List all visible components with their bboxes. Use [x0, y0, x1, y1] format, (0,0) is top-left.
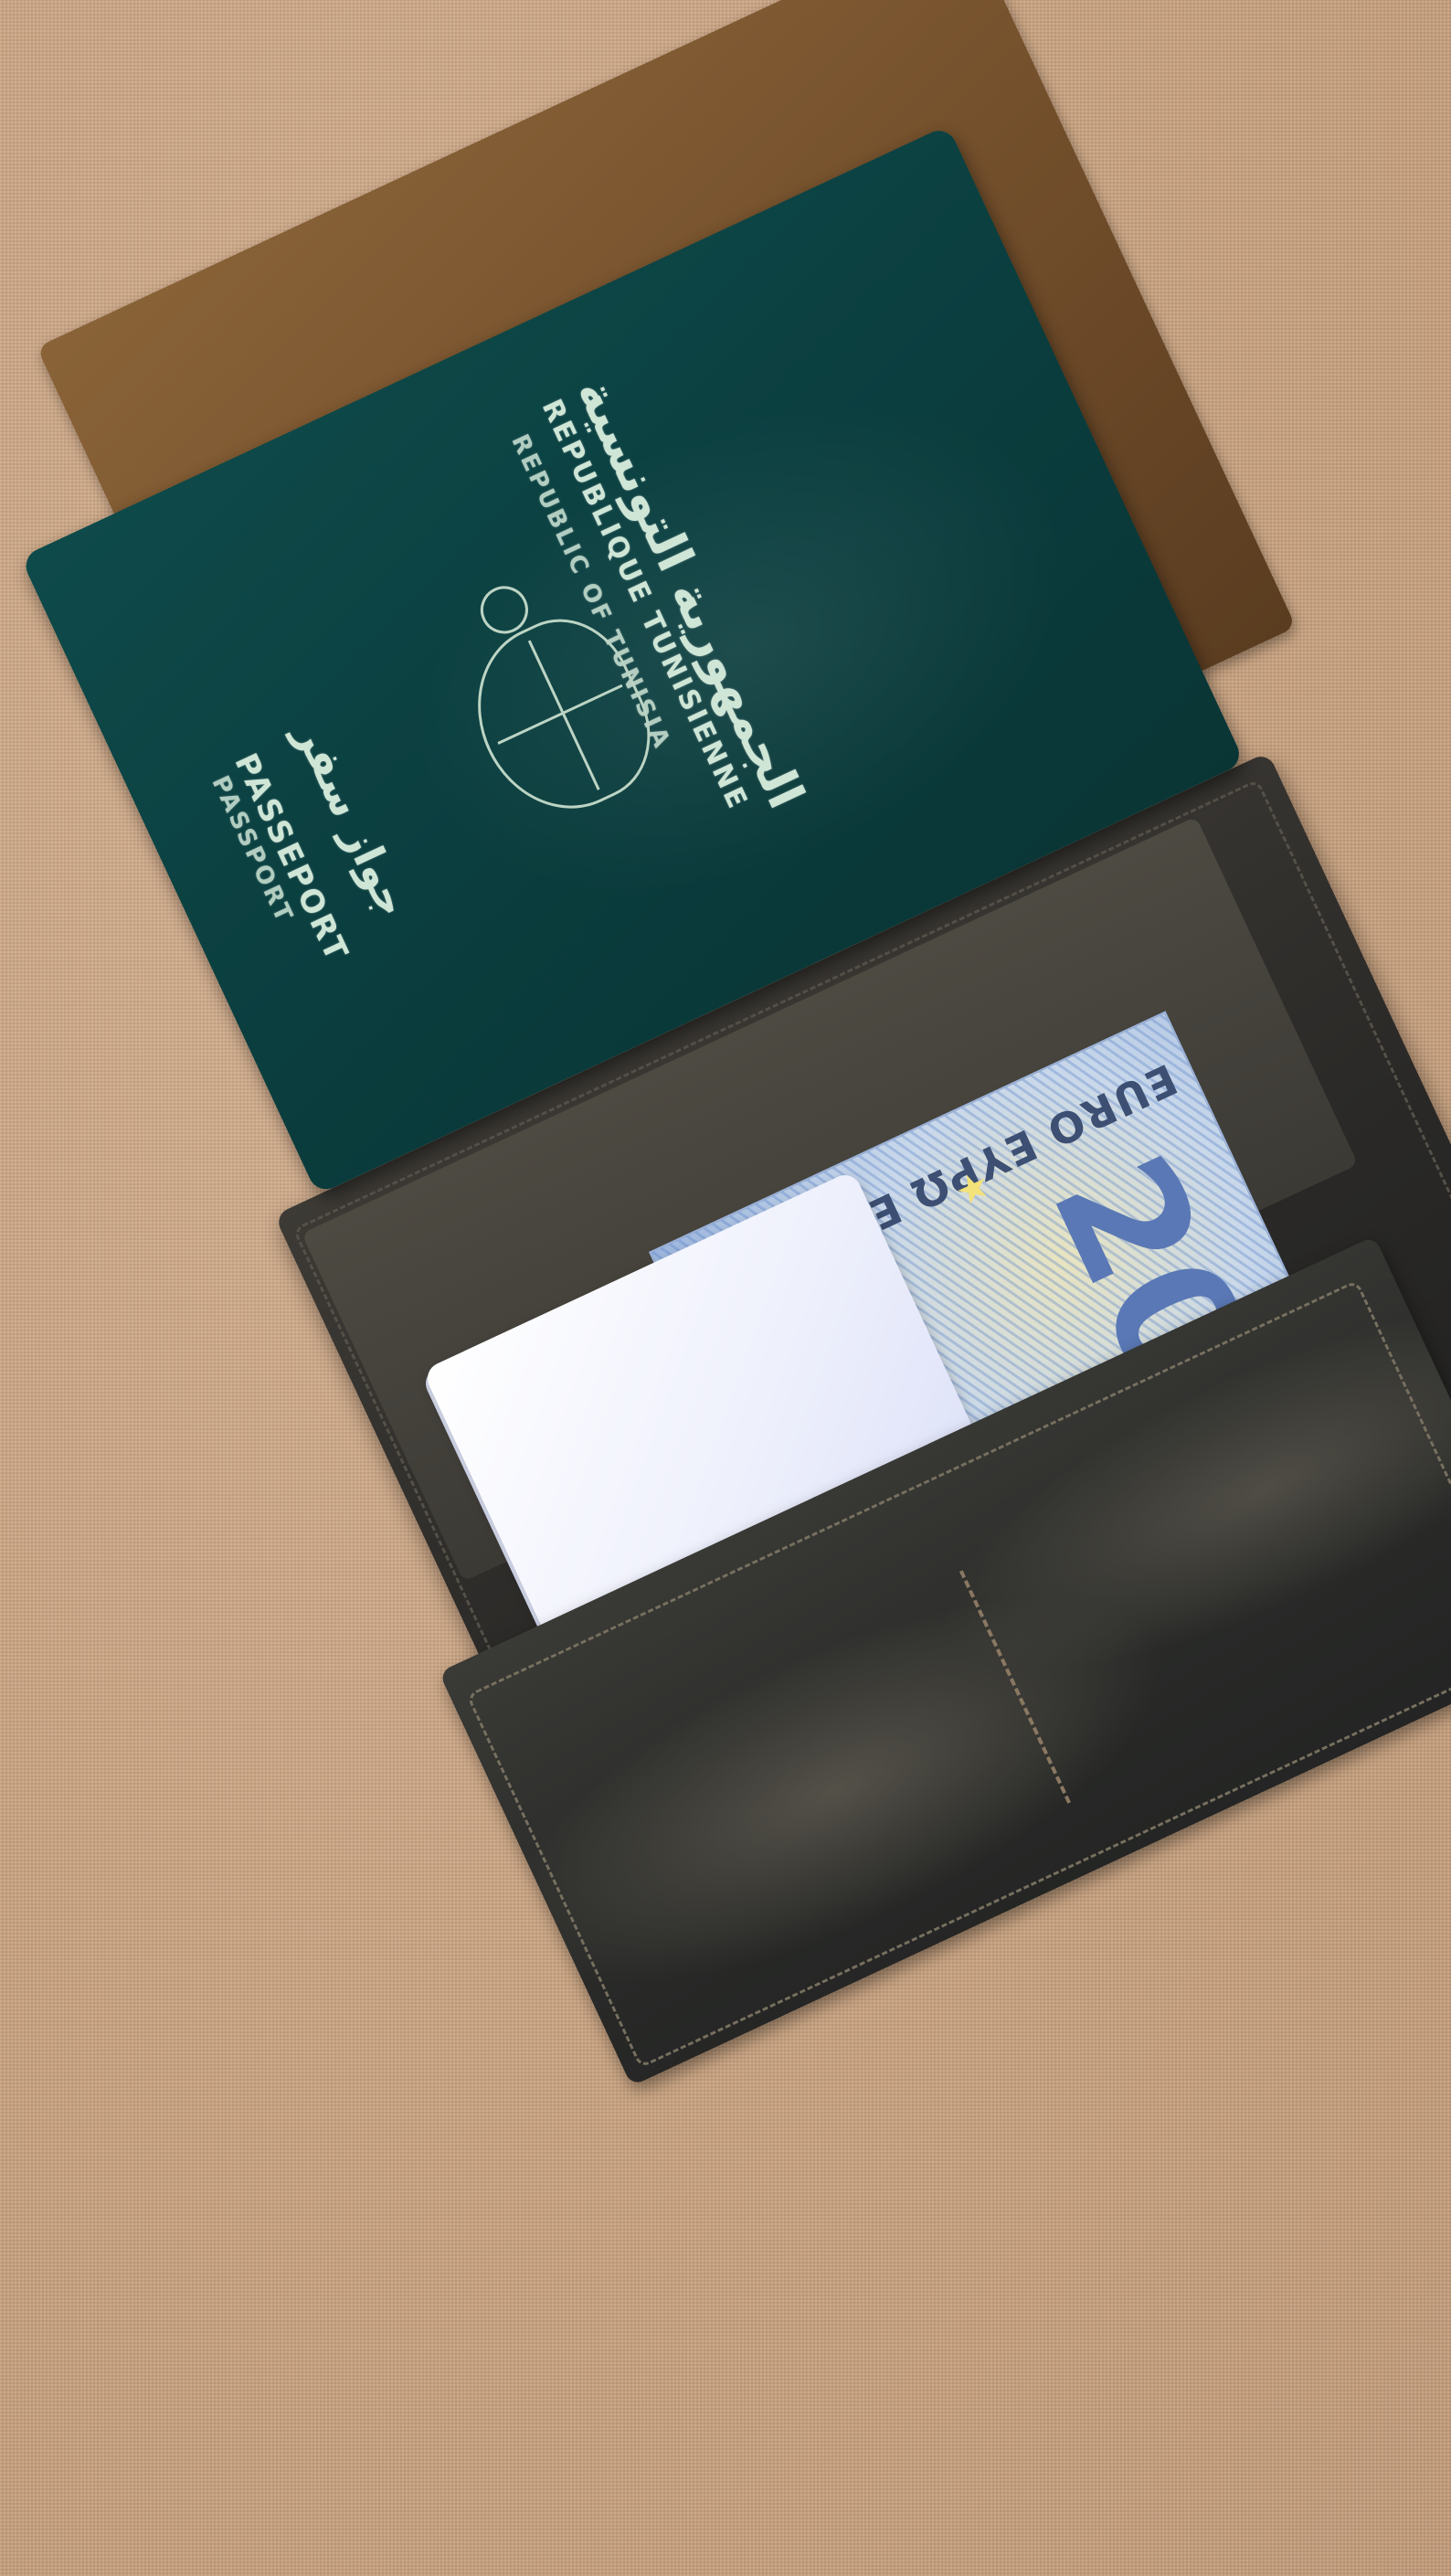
photo-scene: EURO ΕΥΡΩ ЕВРО ★ ★ 20 الجمهورية التونسية…: [0, 0, 1451, 2576]
